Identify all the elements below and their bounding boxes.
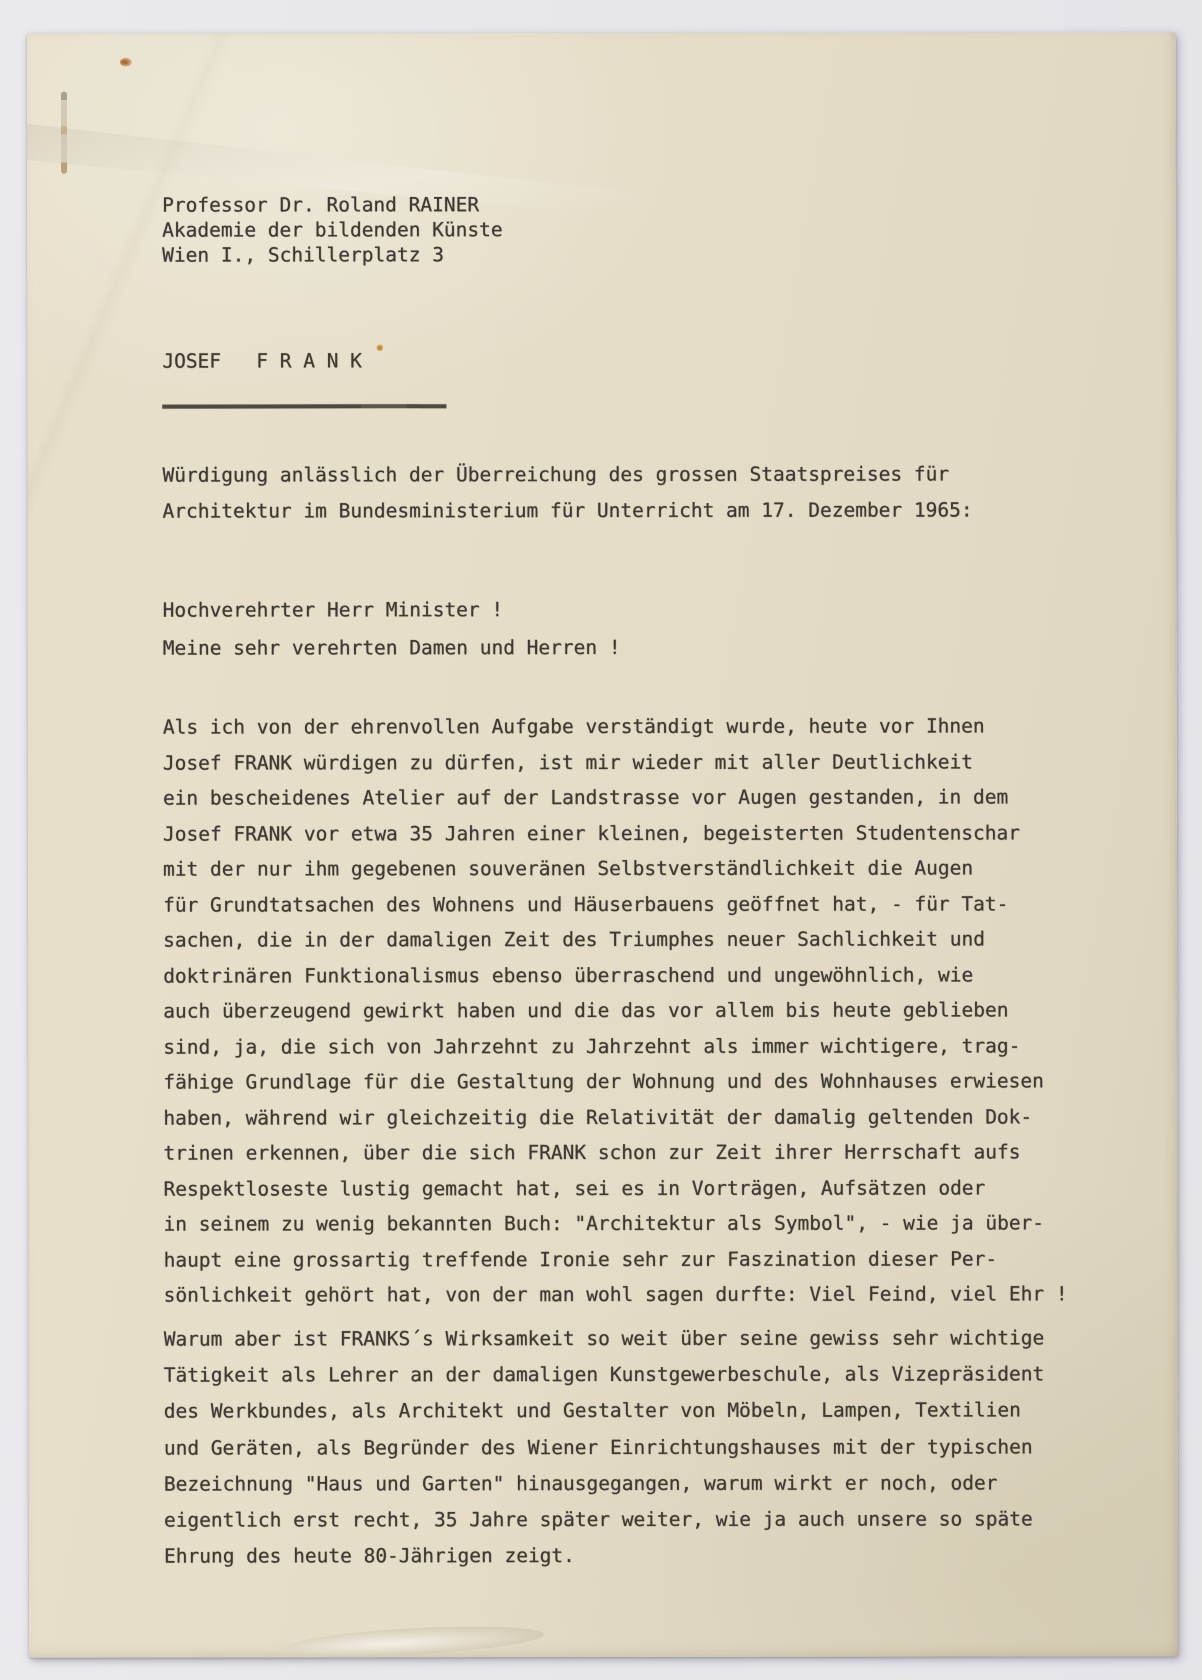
salutation: Hochverehrter Herr Minister ! Meine sehr… [163, 591, 621, 667]
body-paragraph-1: Als ich von der ehrenvollen Aufgabe vers… [163, 708, 1068, 1313]
rust-stain [120, 58, 132, 67]
ink-speck [376, 344, 383, 351]
sender-address-block: Professor Dr. Roland RAINER Akademie der… [162, 192, 503, 267]
body-paragraph-2: Warum aber ist FRANKS´s Wirksamkeit so w… [164, 1320, 1045, 1575]
paper-crease-bottom [284, 1621, 545, 1661]
document-title: JOSEF F R A N K [162, 348, 362, 373]
page-background: Professor Dr. Roland RAINER Akademie der… [0, 0, 1202, 1680]
title-underline [162, 404, 446, 408]
staple-mark [61, 92, 67, 174]
paper-sheet: Professor Dr. Roland RAINER Akademie der… [27, 32, 1178, 1658]
document-subtitle: Würdigung anlässlich der Überreichung de… [162, 456, 972, 529]
